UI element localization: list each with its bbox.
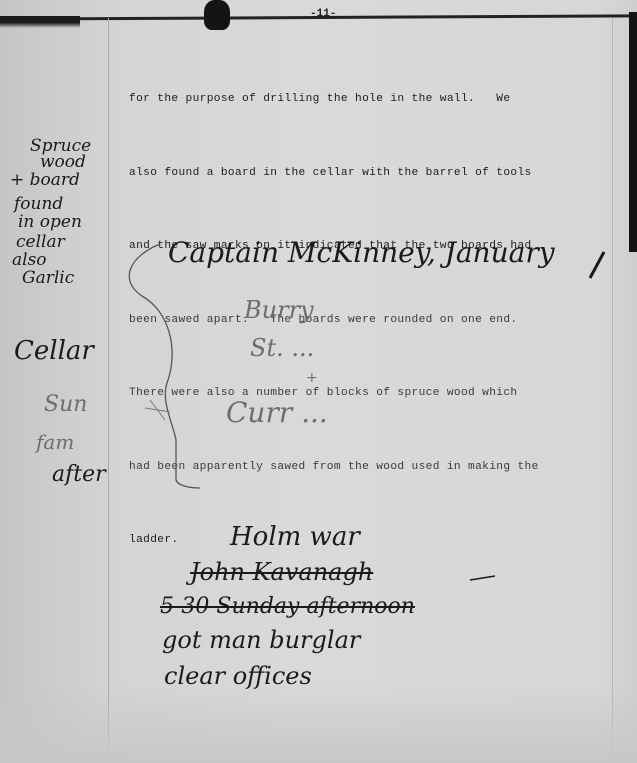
margin-note: in open [18,212,82,232]
typed-line: ladder. [129,528,609,553]
margin-note: Garlic [22,268,74,288]
typed-line: had been apparently sawed from the wood … [129,455,609,480]
handwritten-line: Captain McKinney, January [168,236,555,269]
left-margin-line [108,18,109,763]
handwritten-line: St. ... [250,334,314,362]
margin-note: also [12,250,47,270]
handwritten-line: Curr ... [226,396,328,429]
right-margin-line [612,18,613,763]
document-page: -11- for the purpose of drilling the hol… [0,0,637,763]
handwritten-line: Holm war [230,522,360,552]
margin-note: Cellar [14,336,94,366]
handwritten-line-struck: John Kavanagh [190,558,373,586]
page-right-shadow [629,12,637,252]
handwritten-line-struck: 5-30 Sunday afternoon [160,594,415,619]
typed-paragraph: for the purpose of drilling the hole in … [129,38,609,602]
ink-blot [204,0,230,30]
page-number: -11- [310,8,336,20]
page-bottom-shading [0,683,637,763]
typed-line: been sawed apart. The boards were rounde… [129,308,609,333]
typed-line: for the purpose of drilling the hole in … [129,87,609,112]
typed-line: also found a board in the cellar with th… [129,161,609,186]
typed-line: There were also a number of blocks of sp… [129,381,609,406]
page-top-shadow [0,16,80,28]
margin-note: after [52,462,106,487]
margin-note: fam [36,430,74,454]
margin-note: wood [40,152,86,172]
handwritten-line: clear offices [164,662,312,690]
margin-note: cellar [16,232,65,252]
margin-note: found [14,194,63,214]
margin-note: Sun [44,392,87,417]
handwritten-line: got man burglar [162,626,360,654]
handwritten-line: Burry [244,296,314,324]
margin-note: + board [10,170,80,190]
handwritten-line: + [306,370,318,386]
